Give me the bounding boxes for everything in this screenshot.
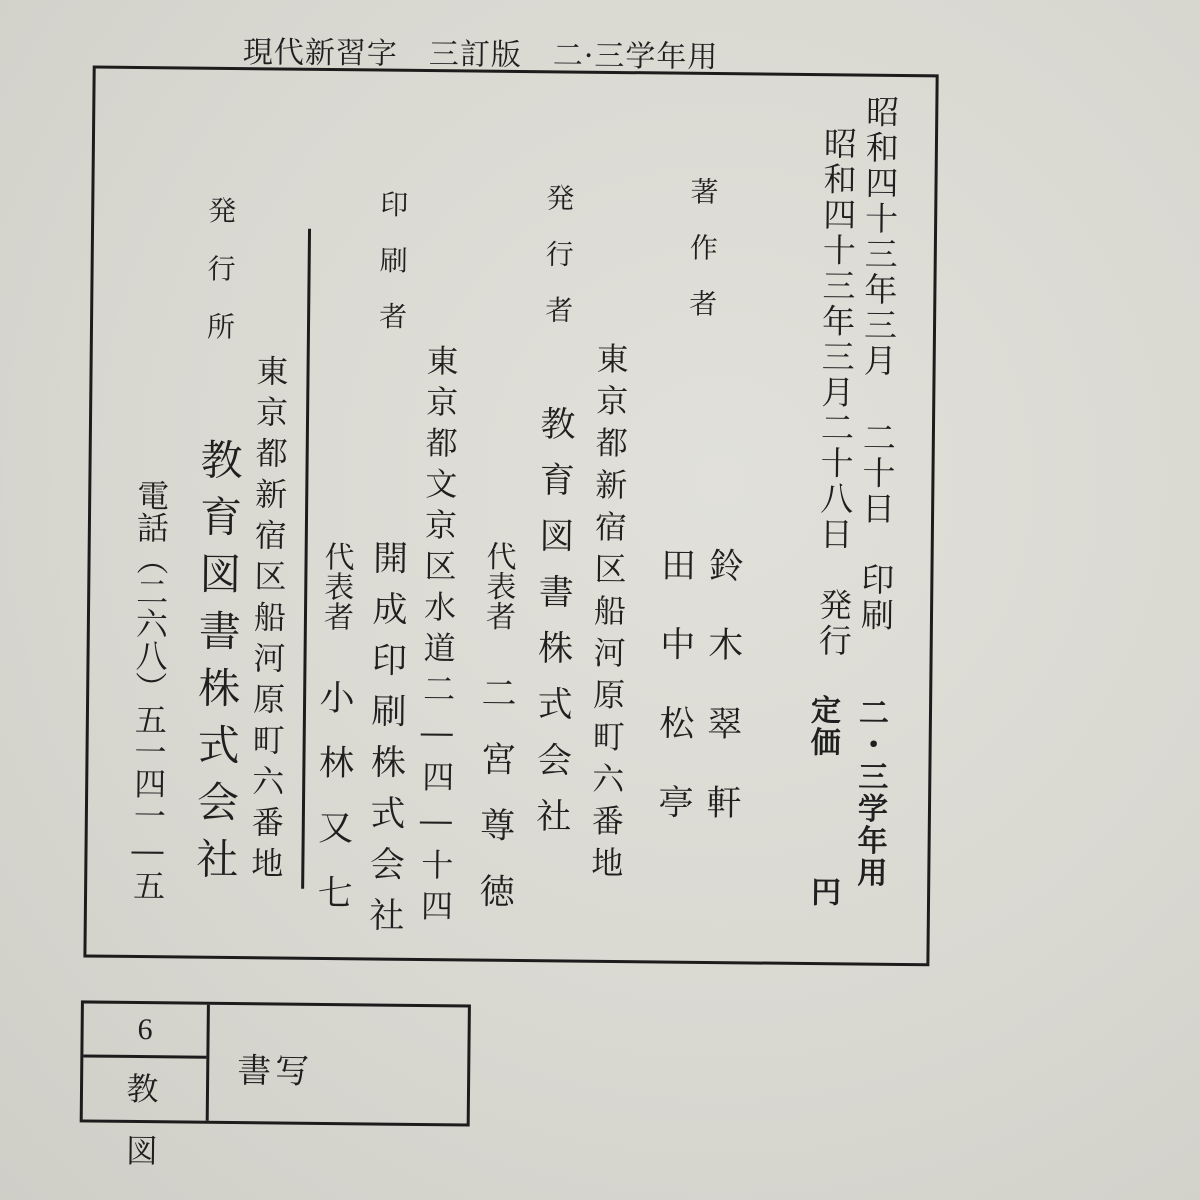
price-label: 定価 xyxy=(807,694,838,758)
office-label: 発行所 xyxy=(205,196,235,370)
textbook-stamp: 6 教 図 書写 xyxy=(80,1000,471,1126)
author-name-1: 鈴木翠軒 xyxy=(702,547,740,863)
print-date: 昭和四十三年三月 二十日 印刷 xyxy=(859,95,898,634)
office-company: 教育図書株式会社 xyxy=(193,438,240,894)
printer-label: 印刷者 xyxy=(377,189,407,357)
stamp-number: 6 xyxy=(83,1003,207,1058)
publisher-address: 東京都新宿区船河原町六番地 xyxy=(589,342,627,888)
price-currency: 円 xyxy=(807,876,837,906)
printer-address: 東京都文京区水道二―四―十四 xyxy=(419,344,457,930)
publisher-rep-label: 代表者 xyxy=(482,541,513,631)
price-grade: 二・三学年用 xyxy=(853,697,885,889)
publisher-label: 発行者 xyxy=(543,183,573,351)
publish-date: 昭和四十三年三月二十八日 発行 xyxy=(817,126,856,659)
stamp-publisher-abbrev: 教 図 xyxy=(83,1057,207,1120)
publisher-company: 教育図書株式会社 xyxy=(533,405,573,853)
vertical-divider xyxy=(301,229,311,889)
printer-rep-label: 代表者 xyxy=(320,541,351,631)
author-label: 著作者 xyxy=(687,177,717,345)
stamp-subject: 書写 xyxy=(237,1043,314,1093)
office-address: 東京都新宿区船河原町六番地 xyxy=(249,354,287,887)
printer-rep-name: 小林又七 xyxy=(314,679,352,939)
author-name-2: 田中松亭 xyxy=(654,546,692,862)
colophon-page: 現代新習字 三訂版 二·三学年用 昭和四十三年三月 二十日 印刷 昭和四十三年三… xyxy=(0,0,1200,1200)
publisher-rep-name: 二宮尊徳 xyxy=(476,675,514,939)
stamp-left-cell: 6 教 図 xyxy=(83,1003,210,1120)
colophon-box: 昭和四十三年三月 二十日 印刷 昭和四十三年三月二十八日 発行 二・三学年用 定… xyxy=(83,66,938,967)
printer-company: 開成印刷株式会社 xyxy=(366,539,405,947)
office-phone: 電話（二六八）五一四一―五 xyxy=(131,479,167,901)
